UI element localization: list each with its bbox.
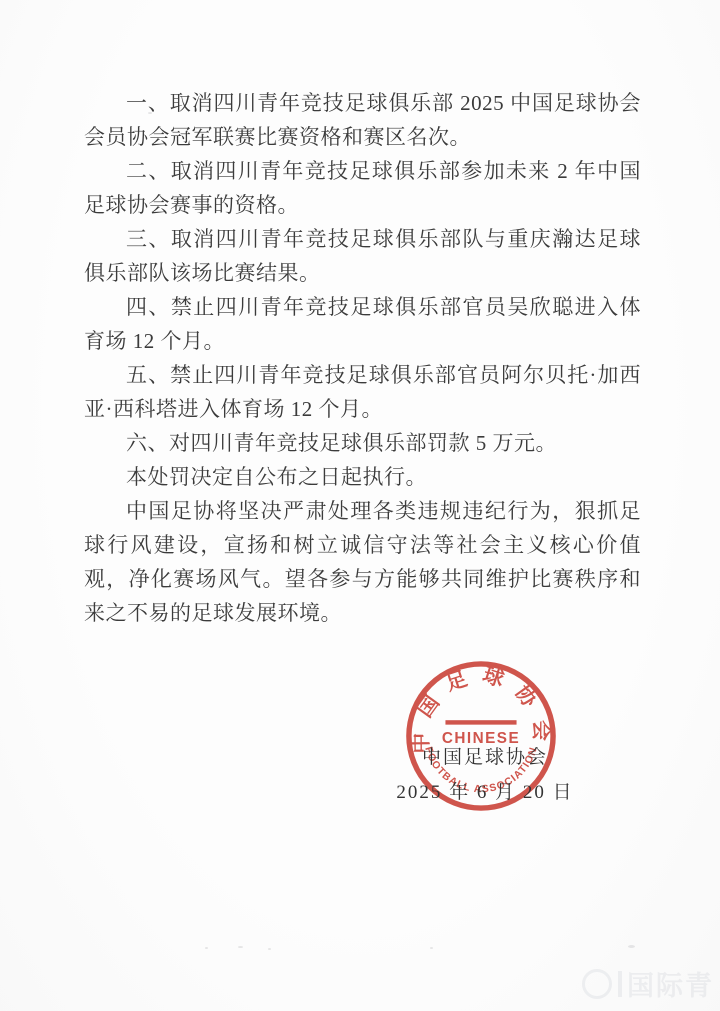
paragraph: 六、对四川青年竞技足球俱乐部罚款 5 万元。 xyxy=(84,426,641,460)
scan-speck xyxy=(268,948,271,950)
paragraph: 中国足协将坚决严肃处理各类违规违纪行为，狠抓足球行风建设，宣扬和树立诚信守法等社… xyxy=(84,494,641,630)
paragraph: 三、取消四川青年竞技足球俱乐部队与重庆瀚达足球俱乐部队该场比赛结果。 xyxy=(84,222,641,290)
paragraph: 一、取消四川青年竞技足球俱乐部 2025 中国足球协会会员协会冠军联赛比赛资格和… xyxy=(84,86,641,154)
paragraph: 五、禁止四川青年竞技足球俱乐部官员阿尔贝托·加西亚·西科塔进入体育场 12 个月… xyxy=(84,358,641,426)
seal-divider-line xyxy=(445,720,516,724)
scan-speck xyxy=(148,112,152,114)
paragraph: 二、取消四川青年竞技足球俱乐部参加未来 2 年中国足球协会赛事的资格。 xyxy=(84,154,641,222)
document-body: 一、取消四川青年竞技足球俱乐部 2025 中国足球协会会员协会冠军联赛比赛资格和… xyxy=(84,86,641,630)
scanned-document-page: 一、取消四川青年竞技足球俱乐部 2025 中国足球协会会员协会冠军联赛比赛资格和… xyxy=(0,0,720,1011)
watermark-text: 国际青 xyxy=(627,964,714,1003)
watermark-logo-icon xyxy=(582,969,612,999)
paragraph: 本处罚决定自公布之日起执行。 xyxy=(84,460,641,494)
scan-speck xyxy=(238,946,243,948)
watermark-divider xyxy=(618,971,622,997)
watermark: 国际青 xyxy=(582,964,714,1003)
signature-line: 中国足球协会 xyxy=(0,742,720,769)
date-line: 2025 年 6 月 20 日 xyxy=(0,777,720,804)
paragraph: 四、禁止四川青年竞技足球俱乐部官员吴欣聪进入体育场 12 个月。 xyxy=(84,290,641,358)
scan-speck xyxy=(628,945,635,948)
scan-speck xyxy=(205,947,208,949)
date-text: 2025 年 6 月 20 日 xyxy=(396,782,573,803)
scan-speck xyxy=(430,947,433,949)
signature-text: 中国足球协会 xyxy=(422,747,548,768)
